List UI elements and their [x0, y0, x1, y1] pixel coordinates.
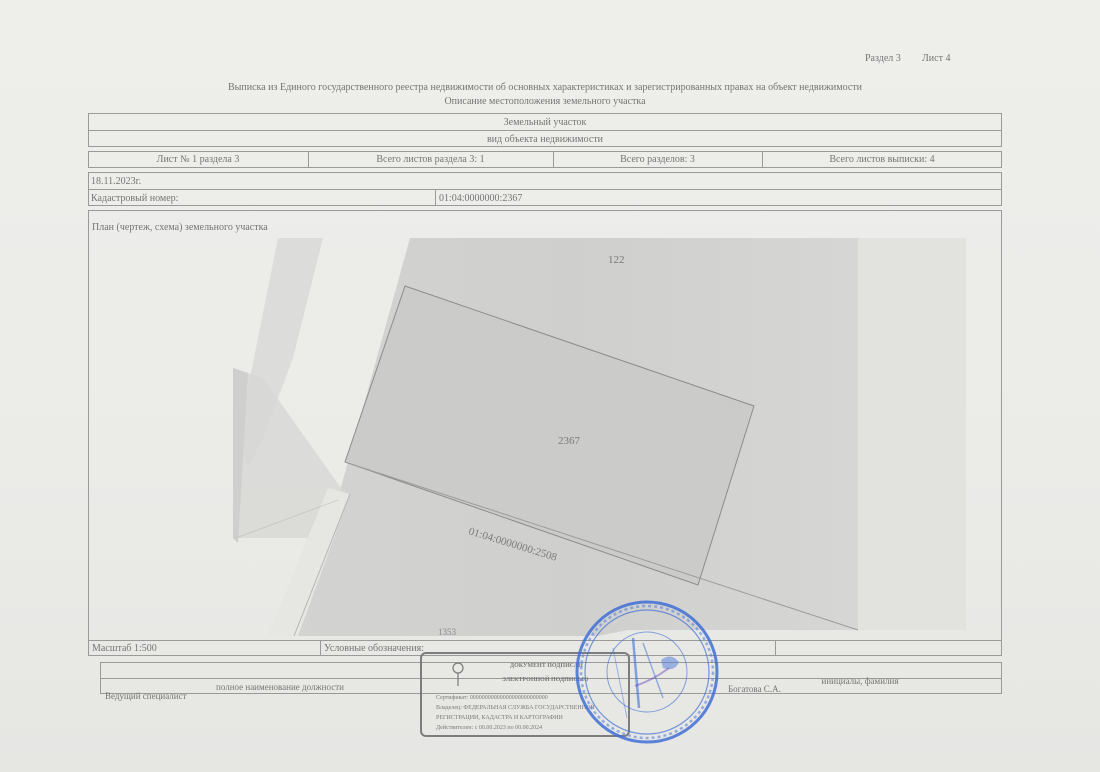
- signer-name: Богатова С.А.: [728, 683, 781, 695]
- signer-position: Ведущий специалист: [105, 690, 187, 702]
- object-type: Земельный участок: [88, 117, 1002, 129]
- initials-caption: инициалы, фамилия: [760, 675, 960, 687]
- label-parcel-122: 122: [608, 254, 625, 266]
- divider: [88, 130, 1002, 131]
- land-plot-plan: 122 2367 01:04:0000000:2508 1353: [88, 238, 1000, 636]
- scale: Масштаб 1:500: [92, 643, 157, 655]
- document-title: Выписка из Единого государственного реес…: [90, 82, 1000, 94]
- label-parcel-1353: 1353: [438, 627, 457, 636]
- position-caption: полное наименование должности: [150, 681, 410, 693]
- sheet-number: Лист № 1 раздела 3: [88, 154, 308, 166]
- document-page: Раздел 3 Лист 4 Выписка из Единого госуд…: [0, 0, 1100, 772]
- section-label: Раздел 3: [865, 53, 901, 65]
- e-sign-cert: Сертификат: 00000000000000000000000000: [436, 694, 548, 702]
- divider: [435, 189, 436, 206]
- e-sign-valid: Действителен: с 00.00.2023 по 00.00.2024: [436, 724, 542, 732]
- official-seal-icon: [573, 598, 721, 746]
- total-sheets-section: Всего листов раздела 3: 1: [308, 154, 553, 166]
- object-type-caption: вид объекта недвижимости: [88, 134, 1002, 146]
- document-subtitle: Описание местоположения земельного участ…: [90, 96, 1000, 108]
- e-sign-owner-2: РЕГИСТРАЦИИ, КАДАСТРА И КАРТОГРАФИИ: [436, 714, 563, 722]
- label-parcel-2367: 2367: [558, 435, 581, 447]
- e-sign-title-1: ДОКУМЕНТ ПОДПИСАН: [510, 662, 583, 670]
- cadastral-number: 01:04:0000000:2367: [439, 193, 522, 205]
- total-sheets-extract: Всего листов выписки: 4: [762, 154, 1002, 166]
- e-sign-owner: Владелец: ФЕДЕРАЛЬНАЯ СЛУЖБА ГОСУДАРСТВЕ…: [436, 704, 595, 712]
- plan-title: План (чертеж, схема) земельного участка: [92, 222, 268, 234]
- emblem-icon: [450, 660, 466, 686]
- legend-label: Условные обозначения:: [324, 643, 424, 655]
- sheet-label: Лист 4: [922, 53, 950, 65]
- divider: [88, 189, 1002, 190]
- divider: [775, 640, 776, 656]
- divider: [320, 640, 321, 656]
- total-sections: Всего разделов: 3: [553, 154, 762, 166]
- cadastral-label: Кадастровый номер:: [91, 193, 178, 205]
- extract-date: 18.11.2023г.: [91, 176, 141, 188]
